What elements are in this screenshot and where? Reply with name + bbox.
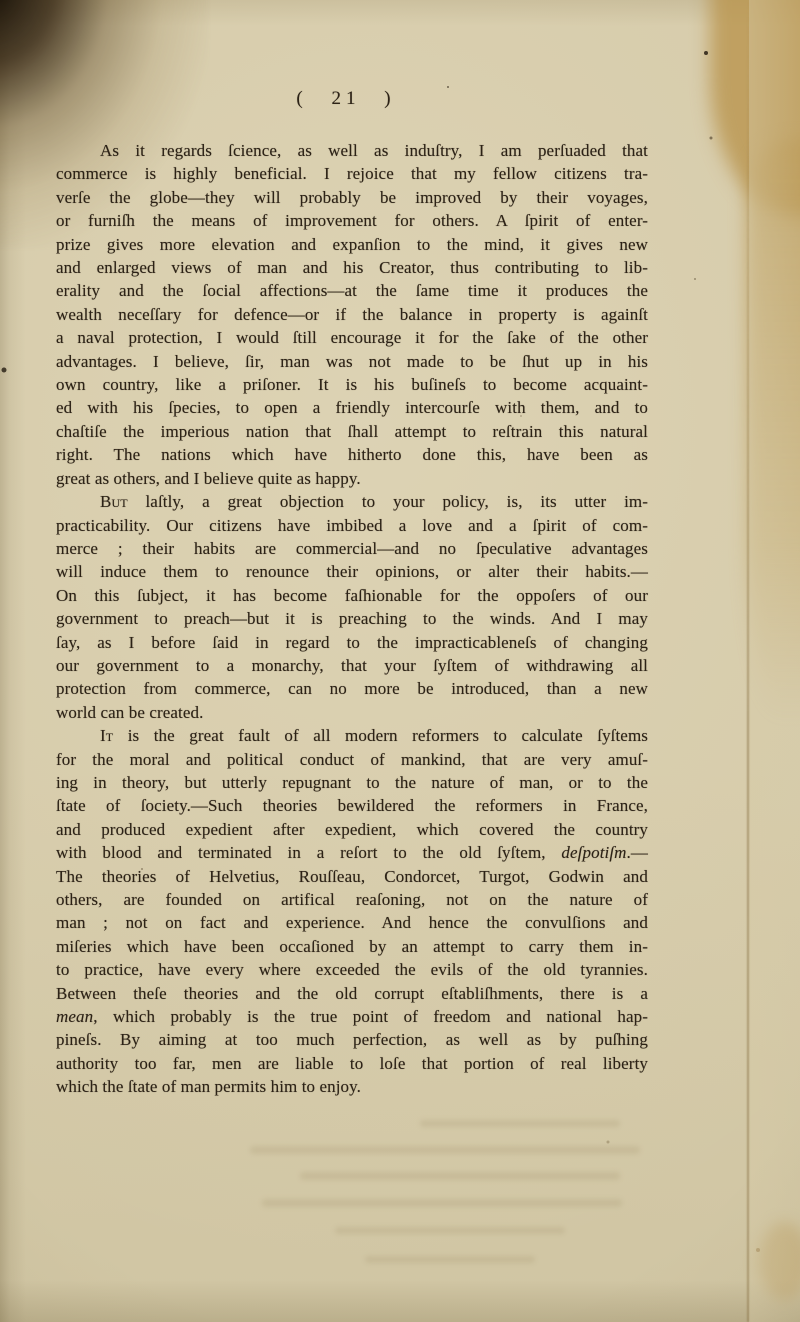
- body-line: ed with his ſpecies, to open a friendly …: [56, 396, 648, 419]
- ink-specks: [0, 0, 2, 2]
- book-page-scan: ( 21 ) As it regards ſcience, as well as…: [0, 0, 800, 1322]
- body-line: pineſs. By aiming at too much perfection…: [56, 1028, 648, 1051]
- body-line: Between theſe theories and the old corru…: [56, 982, 648, 1005]
- showthrough-mark: [300, 1172, 620, 1180]
- smallcaps-opener: But: [100, 492, 128, 511]
- body-line: authority too far, men are liable to loſ…: [56, 1052, 648, 1075]
- body-line: with blood and terminated in a reſort to…: [56, 841, 648, 864]
- body-line: erality and the ſocial affections—at the…: [56, 279, 648, 302]
- body-line: right. The nations which have hitherto d…: [56, 443, 648, 466]
- smallcaps-opener: It: [100, 726, 113, 745]
- body-line: ing in theory, but utterly repugnant to …: [56, 771, 648, 794]
- showthrough-mark: [262, 1199, 622, 1207]
- paragraph-3: It is the great fault of all modern refo…: [56, 724, 648, 1099]
- body-line: advantages. I believe, ſir, man was not …: [56, 350, 648, 373]
- body-line: government to preach—but it is preaching…: [56, 607, 648, 630]
- page-number-text: ( 21 ): [296, 88, 395, 109]
- body-line: But laſtly, a great objection to your po…: [56, 490, 648, 513]
- body-line: It is the great fault of all modern refo…: [56, 724, 648, 747]
- body-line: great as others, and I believe quite as …: [56, 467, 648, 490]
- body-line-text: is the great fault of all modern reforme…: [113, 726, 648, 745]
- showthrough-mark: [335, 1227, 565, 1234]
- showthrough-mark: [420, 1120, 620, 1127]
- body-line: ſay, as I before ſaid in regard to the i…: [56, 631, 648, 654]
- body-line: others, are founded on artifical reaſoni…: [56, 888, 648, 911]
- body-line: protection from commerce, can no more be…: [56, 677, 648, 700]
- body-line-text: laſtly, a great objection to your policy…: [128, 492, 648, 511]
- paragraph-2: But laſtly, a great objection to your po…: [56, 490, 648, 724]
- body-line-text: .—: [627, 843, 648, 862]
- paragraph-1: As it regards ſcience, as well as induſt…: [56, 139, 648, 490]
- body-line: commerce is highly beneficial. I rejoice…: [56, 162, 648, 185]
- body-line: ſtate of ſociety.—Such theories bewilder…: [56, 794, 648, 817]
- body-line: miſeries which have been occaſioned by a…: [56, 935, 648, 958]
- body-line: to practice, have every where exceeded t…: [56, 958, 648, 981]
- body-line: prize gives more elevation and expanſion…: [56, 233, 648, 256]
- body-line: or furniſh the means of improvement for …: [56, 209, 648, 232]
- body-line: mean, which probably is the true point o…: [56, 1005, 648, 1028]
- body-line: practicability. Our citizens have imbibe…: [56, 514, 648, 537]
- body-line: merce ; their habits are commercial—and …: [56, 537, 648, 560]
- body-line: and enlarged views of man and his Creato…: [56, 256, 648, 279]
- body-line: own country, like a priſoner. It is his …: [56, 373, 648, 396]
- page-body: As it regards ſcience, as well as induſt…: [56, 139, 648, 1099]
- body-line-text: , which probably is the true point of fr…: [93, 1007, 648, 1026]
- body-line: The theories of Helvetius, Rouſſeau, Con…: [56, 865, 648, 888]
- page-edge-line: [747, 0, 749, 1322]
- body-line: chaſtiſe the imperious nation that ſhall…: [56, 420, 648, 443]
- italic-word: mean: [56, 1007, 93, 1026]
- body-line: will induce them to renounce their opini…: [56, 560, 648, 583]
- showthrough-mark: [250, 1146, 640, 1154]
- body-line: man ; not on fact and experience. And he…: [56, 911, 648, 934]
- body-line: verſe the globe—they will probably be im…: [56, 186, 648, 209]
- body-line: wealth neceſſary for defence—or if the b…: [56, 303, 648, 326]
- page-edge-strip: [749, 0, 800, 1322]
- body-line: and produced expedient after expedient, …: [56, 818, 648, 841]
- body-line: which the ſtate of man permits him to en…: [56, 1075, 648, 1098]
- body-line: a naval protection, I would ſtill encour…: [56, 326, 648, 349]
- page-number: ( 21 ): [50, 88, 642, 110]
- body-line: As it regards ſcience, as well as induſt…: [56, 139, 648, 162]
- italic-word: deſpotiſm: [561, 843, 626, 862]
- body-line: for the moral and political conduct of m…: [56, 748, 648, 771]
- showthrough-mark: [365, 1256, 535, 1263]
- body-line-text: with blood and terminated in a reſort to…: [56, 843, 561, 862]
- body-line: our government to a monarchy, that your …: [56, 654, 648, 677]
- body-line: world can be created.: [56, 701, 648, 724]
- body-line: On this ſubject, it has become faſhionab…: [56, 584, 648, 607]
